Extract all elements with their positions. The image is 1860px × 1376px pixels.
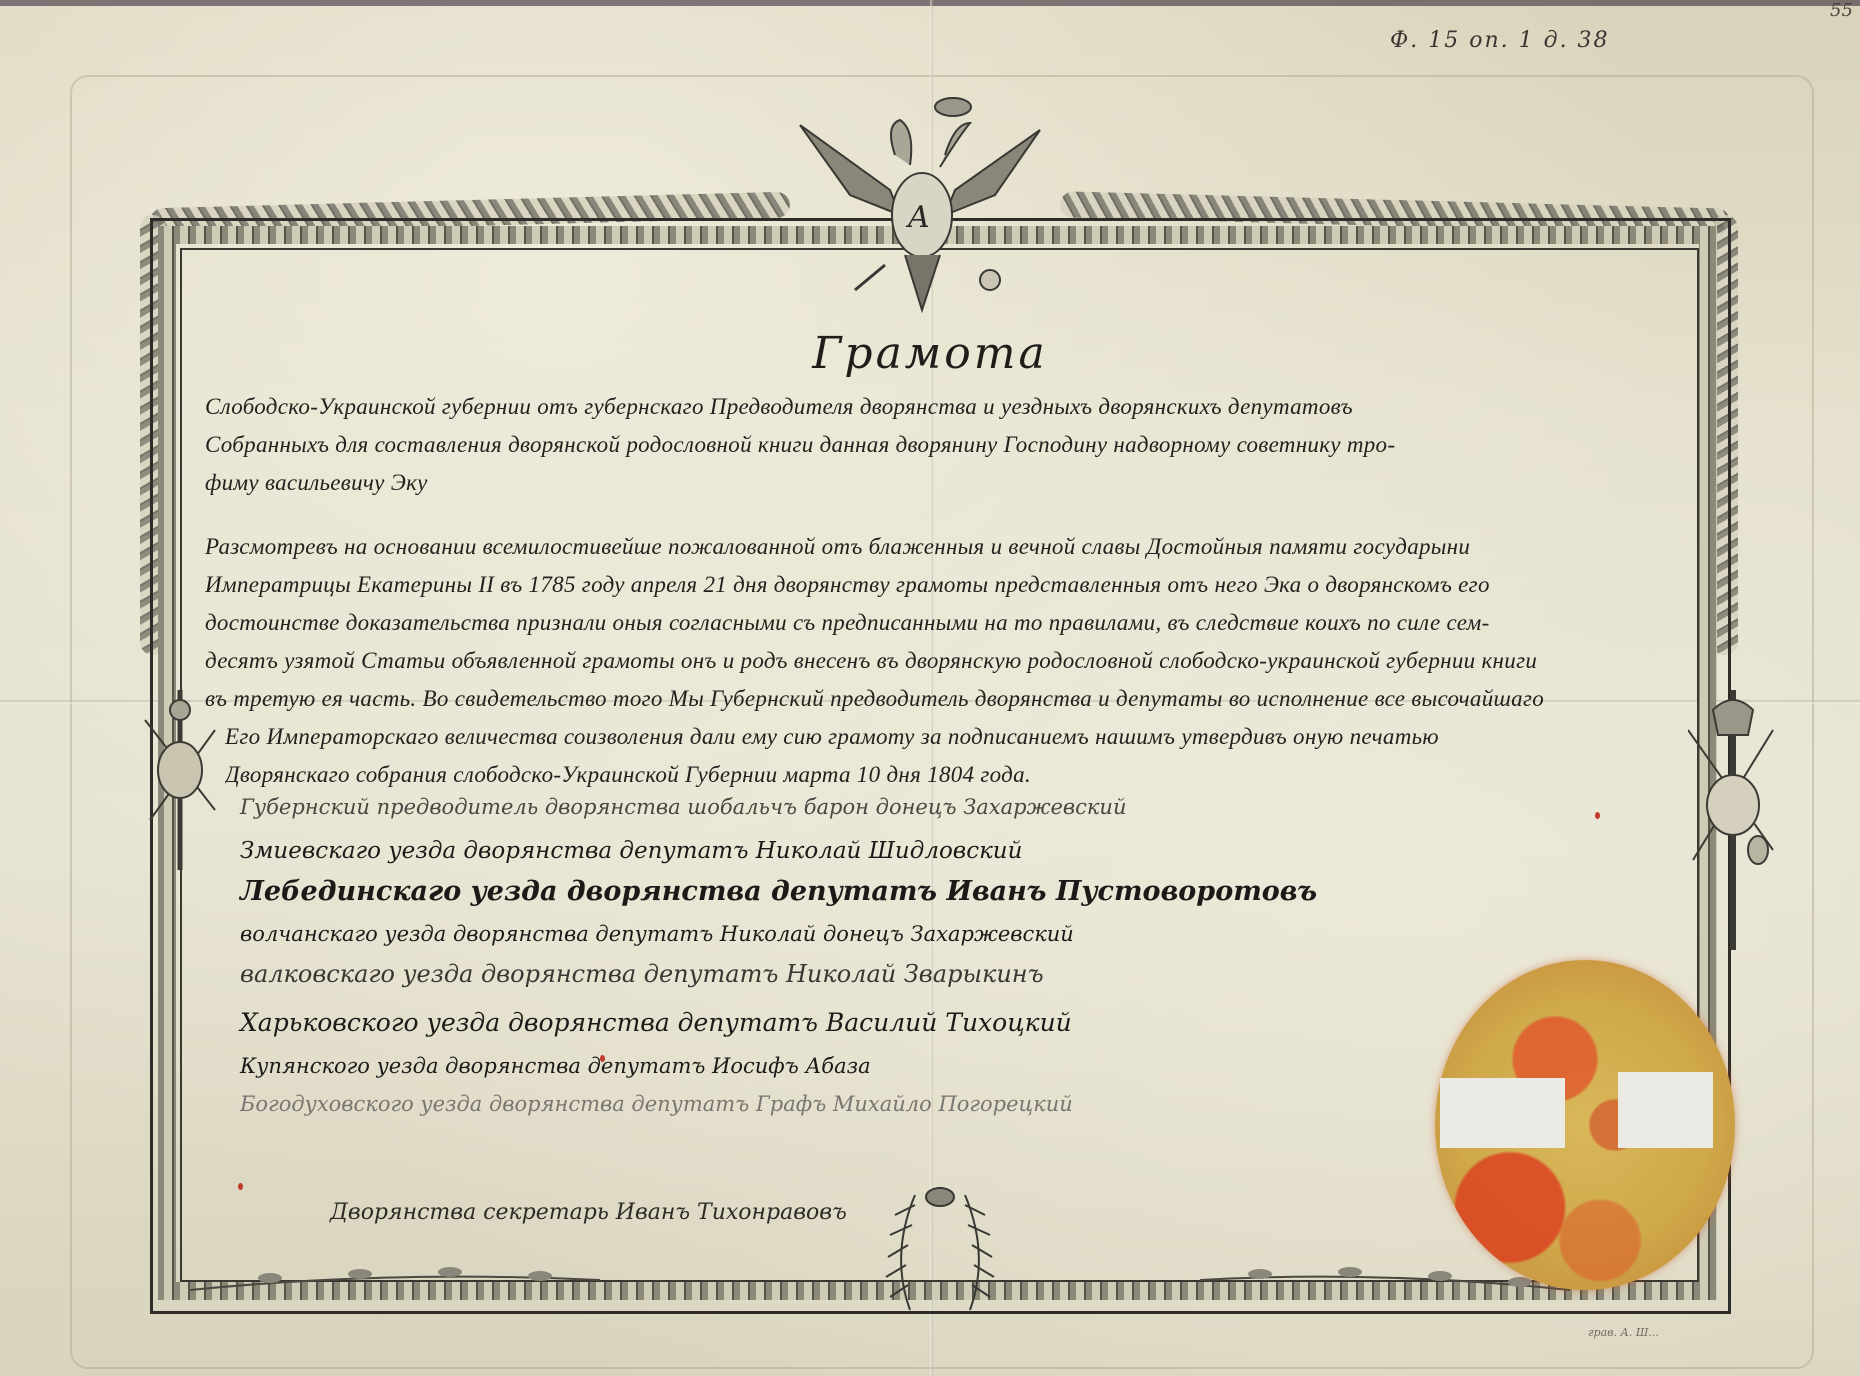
double-headed-eagle-icon: A	[780, 95, 1060, 335]
signature-valki: валковскаго уезда дворянства депутатъ Ни…	[240, 960, 1044, 988]
body-line-2: Императрицы Екатерины II въ 1785 году ап…	[205, 572, 1705, 598]
signature-kharkov: Харьковского уезда дворянства депутатъ В…	[240, 1008, 1072, 1037]
body-line-3: достоинстве доказательства признали оныя…	[205, 610, 1705, 636]
laurel-branch-left-icon	[190, 1250, 610, 1330]
document-title: Грамота	[0, 328, 1860, 379]
preamble-line-1: Слободско-Украинской губернии отъ губерн…	[205, 394, 1705, 420]
body-line-5: въ третую ея часть. Во свидетельство тог…	[205, 686, 1705, 712]
palm-wreath-icon	[850, 1185, 1030, 1315]
red-wax-drip	[238, 1183, 243, 1190]
military-trophy-right-icon	[1688, 690, 1778, 950]
body-line-7: Дворянскаго собрания слободско-Украинско…	[225, 762, 1725, 788]
seal-paper-strip-right	[1618, 1072, 1713, 1148]
page-number: 55	[1830, 0, 1853, 21]
secretary-signature: Дворянства секретарь Иванъ Тихонравовъ	[330, 1200, 847, 1225]
preamble-line-3: фиму васильевичу Эку	[205, 470, 1705, 496]
signature-zmiev: Змиевскаго уезда дворянства депутатъ Ник…	[240, 838, 1022, 864]
body-line-6: Его Императорскаго величества соизволени…	[225, 724, 1725, 750]
signature-bogodukhov: Богодуховского уезда дворянства депутатъ…	[240, 1092, 1073, 1116]
red-wax-drip	[600, 1055, 605, 1062]
red-wax-drip	[1595, 812, 1600, 819]
body-line-1: Разсмотревъ на основании всемилостивейше…	[205, 534, 1705, 560]
engraver-credit: грав. А. Ш...	[1588, 1326, 1659, 1339]
body-line-4: десятъ узятой Статьи объявленной грамоты…	[205, 648, 1705, 674]
signature-volchansk: волчанскаго уезда дворянства депутатъ Ни…	[240, 922, 1074, 946]
seal-paper-strip-left	[1440, 1078, 1565, 1148]
preamble-line-2: Собранныхъ для составления дворянской ро…	[205, 432, 1705, 458]
military-trophy-left-icon	[140, 690, 220, 870]
signature-governor-marshal: Губернский предводитель дворянства шобал…	[240, 795, 1126, 819]
signature-kupyansk: Купянского уезда дворянства депутатъ Иос…	[240, 1054, 871, 1078]
signature-lebedin: Лебединскаго уезда дворянства депутатъ И…	[240, 876, 1317, 907]
archive-reference: Ф. 15 оп. 1 д. 38	[1390, 28, 1610, 53]
document-scan: Ф. 15 оп. 1 д. 38 55 A Грамота Слободско…	[0, 0, 1860, 1376]
svg-text:A: A	[905, 200, 930, 235]
